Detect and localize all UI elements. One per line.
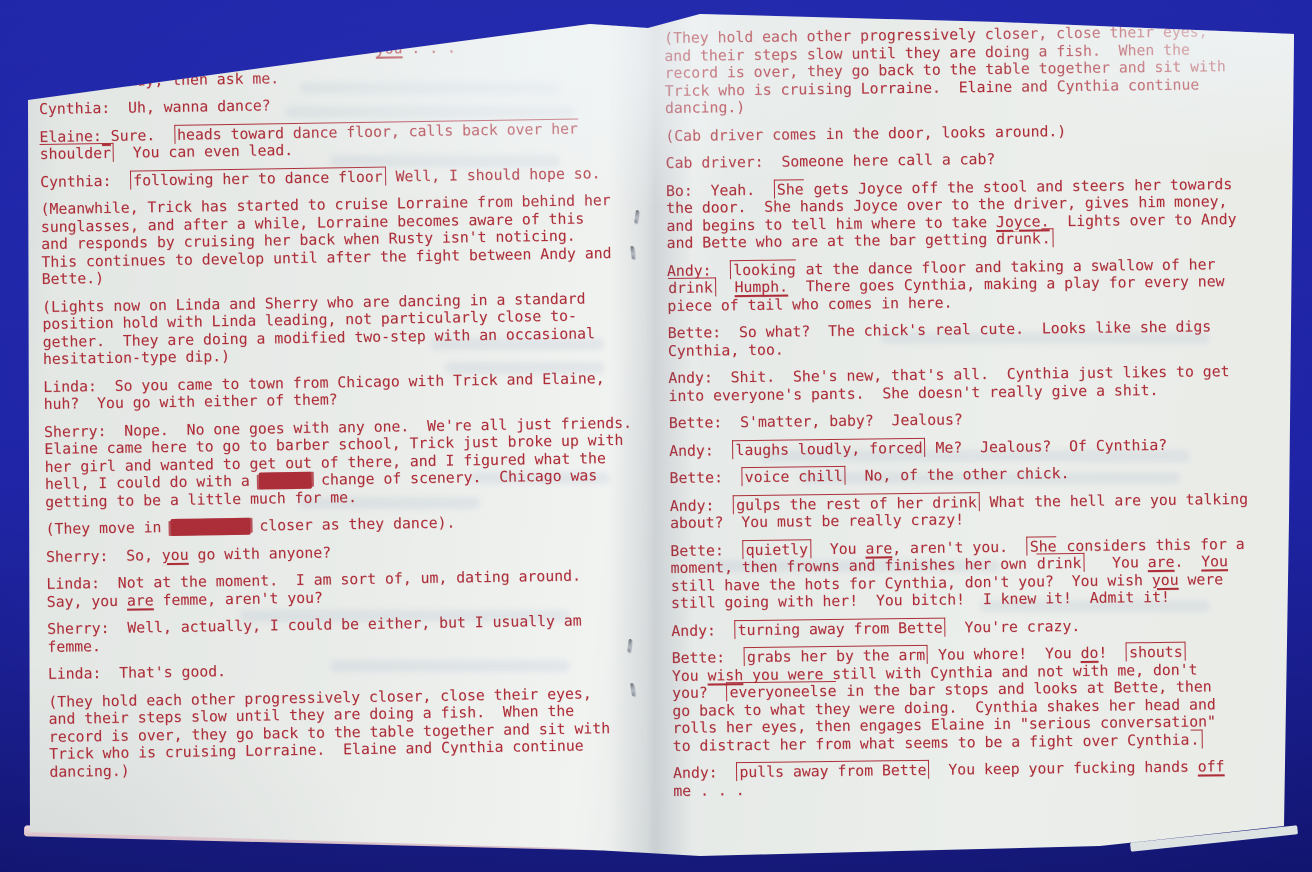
script-text: You can even lead. (115, 142, 293, 162)
script-paragraph: Andy: laughs loudly, forced Me? Jealous?… (669, 435, 1283, 460)
script-paragraph: Andy: pulls away from Bette You keep you… (673, 757, 1287, 799)
underlined-text: you (376, 40, 403, 57)
script-paragraph: Andy: looking at the dance floor and tak… (667, 255, 1282, 315)
script-text: , aren't you. (892, 538, 1026, 557)
script-paragraph: Cynthia: frowns I'm supposed to ask you … (38, 36, 650, 63)
underlined-text: Humph. (734, 279, 788, 297)
underlined-text: You (1201, 553, 1228, 570)
bracket-close: drink (1037, 553, 1085, 573)
script-paragraph: (They hold each other progressively clos… (664, 22, 1279, 117)
underlined-text: you (1152, 571, 1179, 588)
bracket-open: She (1027, 536, 1057, 555)
script-text: (Meanwhile, Trick has started to cruise … (40, 192, 611, 288)
script-paragraph: Sherry: Nope. No one goes with any one. … (44, 414, 657, 511)
bracket-open: She (774, 179, 804, 198)
script-text: Sure. (111, 126, 174, 144)
script-paragraph: (Lights now on Linda and Sherry who are … (42, 289, 655, 369)
script-paragraph: Cynthia: following her to dance floor We… (40, 164, 652, 191)
script-text: Linda: That's good. (48, 663, 226, 683)
script-paragraph: Bo: Yeah. She gets Joyce off the stool a… (666, 175, 1281, 252)
script-paragraph: (They move in xxxxxxxxx closer as they d… (45, 511, 657, 538)
crossed-out-text: xxxxxx (259, 472, 313, 490)
script-paragraph: Elaine: Okay, then ask me. (38, 64, 650, 91)
script-paragraph: Bette: grabs her by the arm You whore! Y… (672, 642, 1287, 754)
photo-background: Cynthia: frowns I'm supposed to ask you … (0, 0, 1312, 872)
script-paragraph: Linda: Not at the moment. I am sort of, … (46, 566, 658, 611)
underlined-text: off (1198, 758, 1225, 775)
script-paragraph: Andy: Shit. She's new, that's all. Cynth… (668, 362, 1282, 404)
script-text: femme, aren't you? (154, 589, 324, 609)
underlined-text: are (865, 540, 892, 557)
stage-direction-bracket: shouts (1126, 642, 1186, 662)
script-paragraph: Bette: voice chill No, of the other chic… (669, 462, 1283, 487)
stage-direction-bracket: laughs loudly, forced (732, 437, 925, 458)
script-paragraph: Bette: quietly You are, aren't you. She … (670, 535, 1285, 612)
script-text: Cynthia: (38, 45, 127, 63)
script-paragraph: Andy: turning away from Bette You're cra… (671, 615, 1285, 640)
script-text: I'm supposed to ask (189, 41, 376, 61)
script-paragraph: (Meanwhile, Trick has started to cruise … (40, 191, 653, 288)
script-paragraph: Bette: S'matter, baby? Jealous? (669, 407, 1283, 432)
script-text: You (1085, 554, 1148, 572)
script-paragraph: Cynthia: Uh, wanna dance? (39, 91, 651, 118)
stage-direction-bracket: grabs her by the arm (744, 645, 928, 666)
script-paragraph: Andy: gulps the rest of her drink What t… (670, 490, 1284, 532)
script-paragraph: (Cab driver comes in the door, looks aro… (665, 120, 1279, 145)
script-paragraph: Bette: So what? The chick's real cute. L… (668, 317, 1282, 359)
script-text: closer as they dance). (250, 515, 455, 535)
bracket-open: everyoneelse (726, 681, 836, 701)
stage-direction-bracket: frowns (128, 42, 188, 62)
script-text: You whore! You (929, 645, 1081, 664)
bracket-open: looking (730, 259, 796, 279)
stage-direction-bracket: voice chill (742, 466, 846, 486)
stage-direction-bracket: quietly (743, 539, 812, 559)
bracket-close: . (1190, 729, 1202, 748)
script-text: You (812, 540, 866, 558)
underlined-text: do (1080, 645, 1098, 662)
script-text: No, of the other chick. (847, 465, 1070, 485)
script-text: You're crazy. (946, 617, 1080, 636)
crossed-out-text: xxxxxxxxx (170, 518, 250, 536)
script-paragraph: Linda: So you came to town from Chicago … (43, 369, 655, 414)
script-text: (They move in (45, 519, 170, 538)
stage-direction-bracket: gulps the rest of her drink (733, 492, 980, 514)
script-paragraph: (They hold each other progressively clos… (48, 684, 661, 781)
script-text: Cynthia: Uh, wanna dance? (39, 97, 271, 118)
script-text: You keep your fucking hands (930, 759, 1197, 779)
script-text: (They hold each other progressively clos… (48, 685, 610, 781)
underlined-text: are (1148, 554, 1175, 571)
script-page-left: Cynthia: frowns I'm supposed to ask you … (38, 36, 662, 791)
open-booklet: Cynthia: frowns I'm supposed to ask you … (0, 0, 1312, 872)
underlined-text: are (127, 592, 154, 609)
script-text: ! (1098, 644, 1125, 661)
script-page-right: (They hold each other progressively clos… (664, 22, 1287, 809)
bracket-close: . (1042, 228, 1054, 247)
script-text: Bette: S'matter, baby? Jealous? (669, 411, 963, 432)
script-text: Cab driver: Someone here call a cab? (666, 151, 996, 172)
underlined-text: you (162, 546, 189, 563)
script-text: (Lights now on Linda and Sherry who are … (42, 290, 595, 368)
script-text: Andy: Shit. She's new, that's all. Cynth… (668, 363, 1229, 404)
script-text: Me? Jealous? Of Cynthia? (926, 436, 1167, 456)
script-text: Well, I should hope so. (386, 165, 600, 185)
script-text: Cynthia: (40, 172, 129, 190)
script-text: Linda: So you came to town from Chicago … (43, 370, 604, 413)
script-text: . . . (402, 39, 456, 57)
script-text: . (1174, 553, 1201, 570)
script-paragraph: Sherry: So, you go with anyone? (46, 539, 658, 566)
script-paragraph: Linda: That's good. (48, 656, 660, 683)
script-paragraph: Sherry: Well, actually, I could be eithe… (47, 611, 659, 656)
script-text: Elaine: Okay, then ask me. (38, 70, 279, 91)
script-text: go with anyone? (188, 544, 331, 563)
script-text: Bette: So what? The chick's real cute. L… (668, 318, 1212, 359)
script-text (717, 279, 735, 296)
stage-direction-bracket: turning away from Bette (735, 617, 946, 639)
script-text: (They hold each other progressively clos… (664, 23, 1226, 117)
script-text: (Cab driver comes in the door, looks aro… (665, 123, 1066, 145)
script-text: Sherry: So, (46, 547, 162, 566)
script-paragraph: Elaine: Sure. heads toward dance floor, … (39, 119, 651, 164)
stage-direction-bracket: following her to dance floor (130, 166, 386, 189)
script-paragraph: Cab driver: Someone here call a cab? (666, 147, 1280, 172)
stage-direction-bracket: pulls away from Bette (736, 760, 929, 781)
spine-shadow (608, 0, 698, 872)
script-text: Sherry: Well, actually, I could be eithe… (47, 613, 582, 656)
